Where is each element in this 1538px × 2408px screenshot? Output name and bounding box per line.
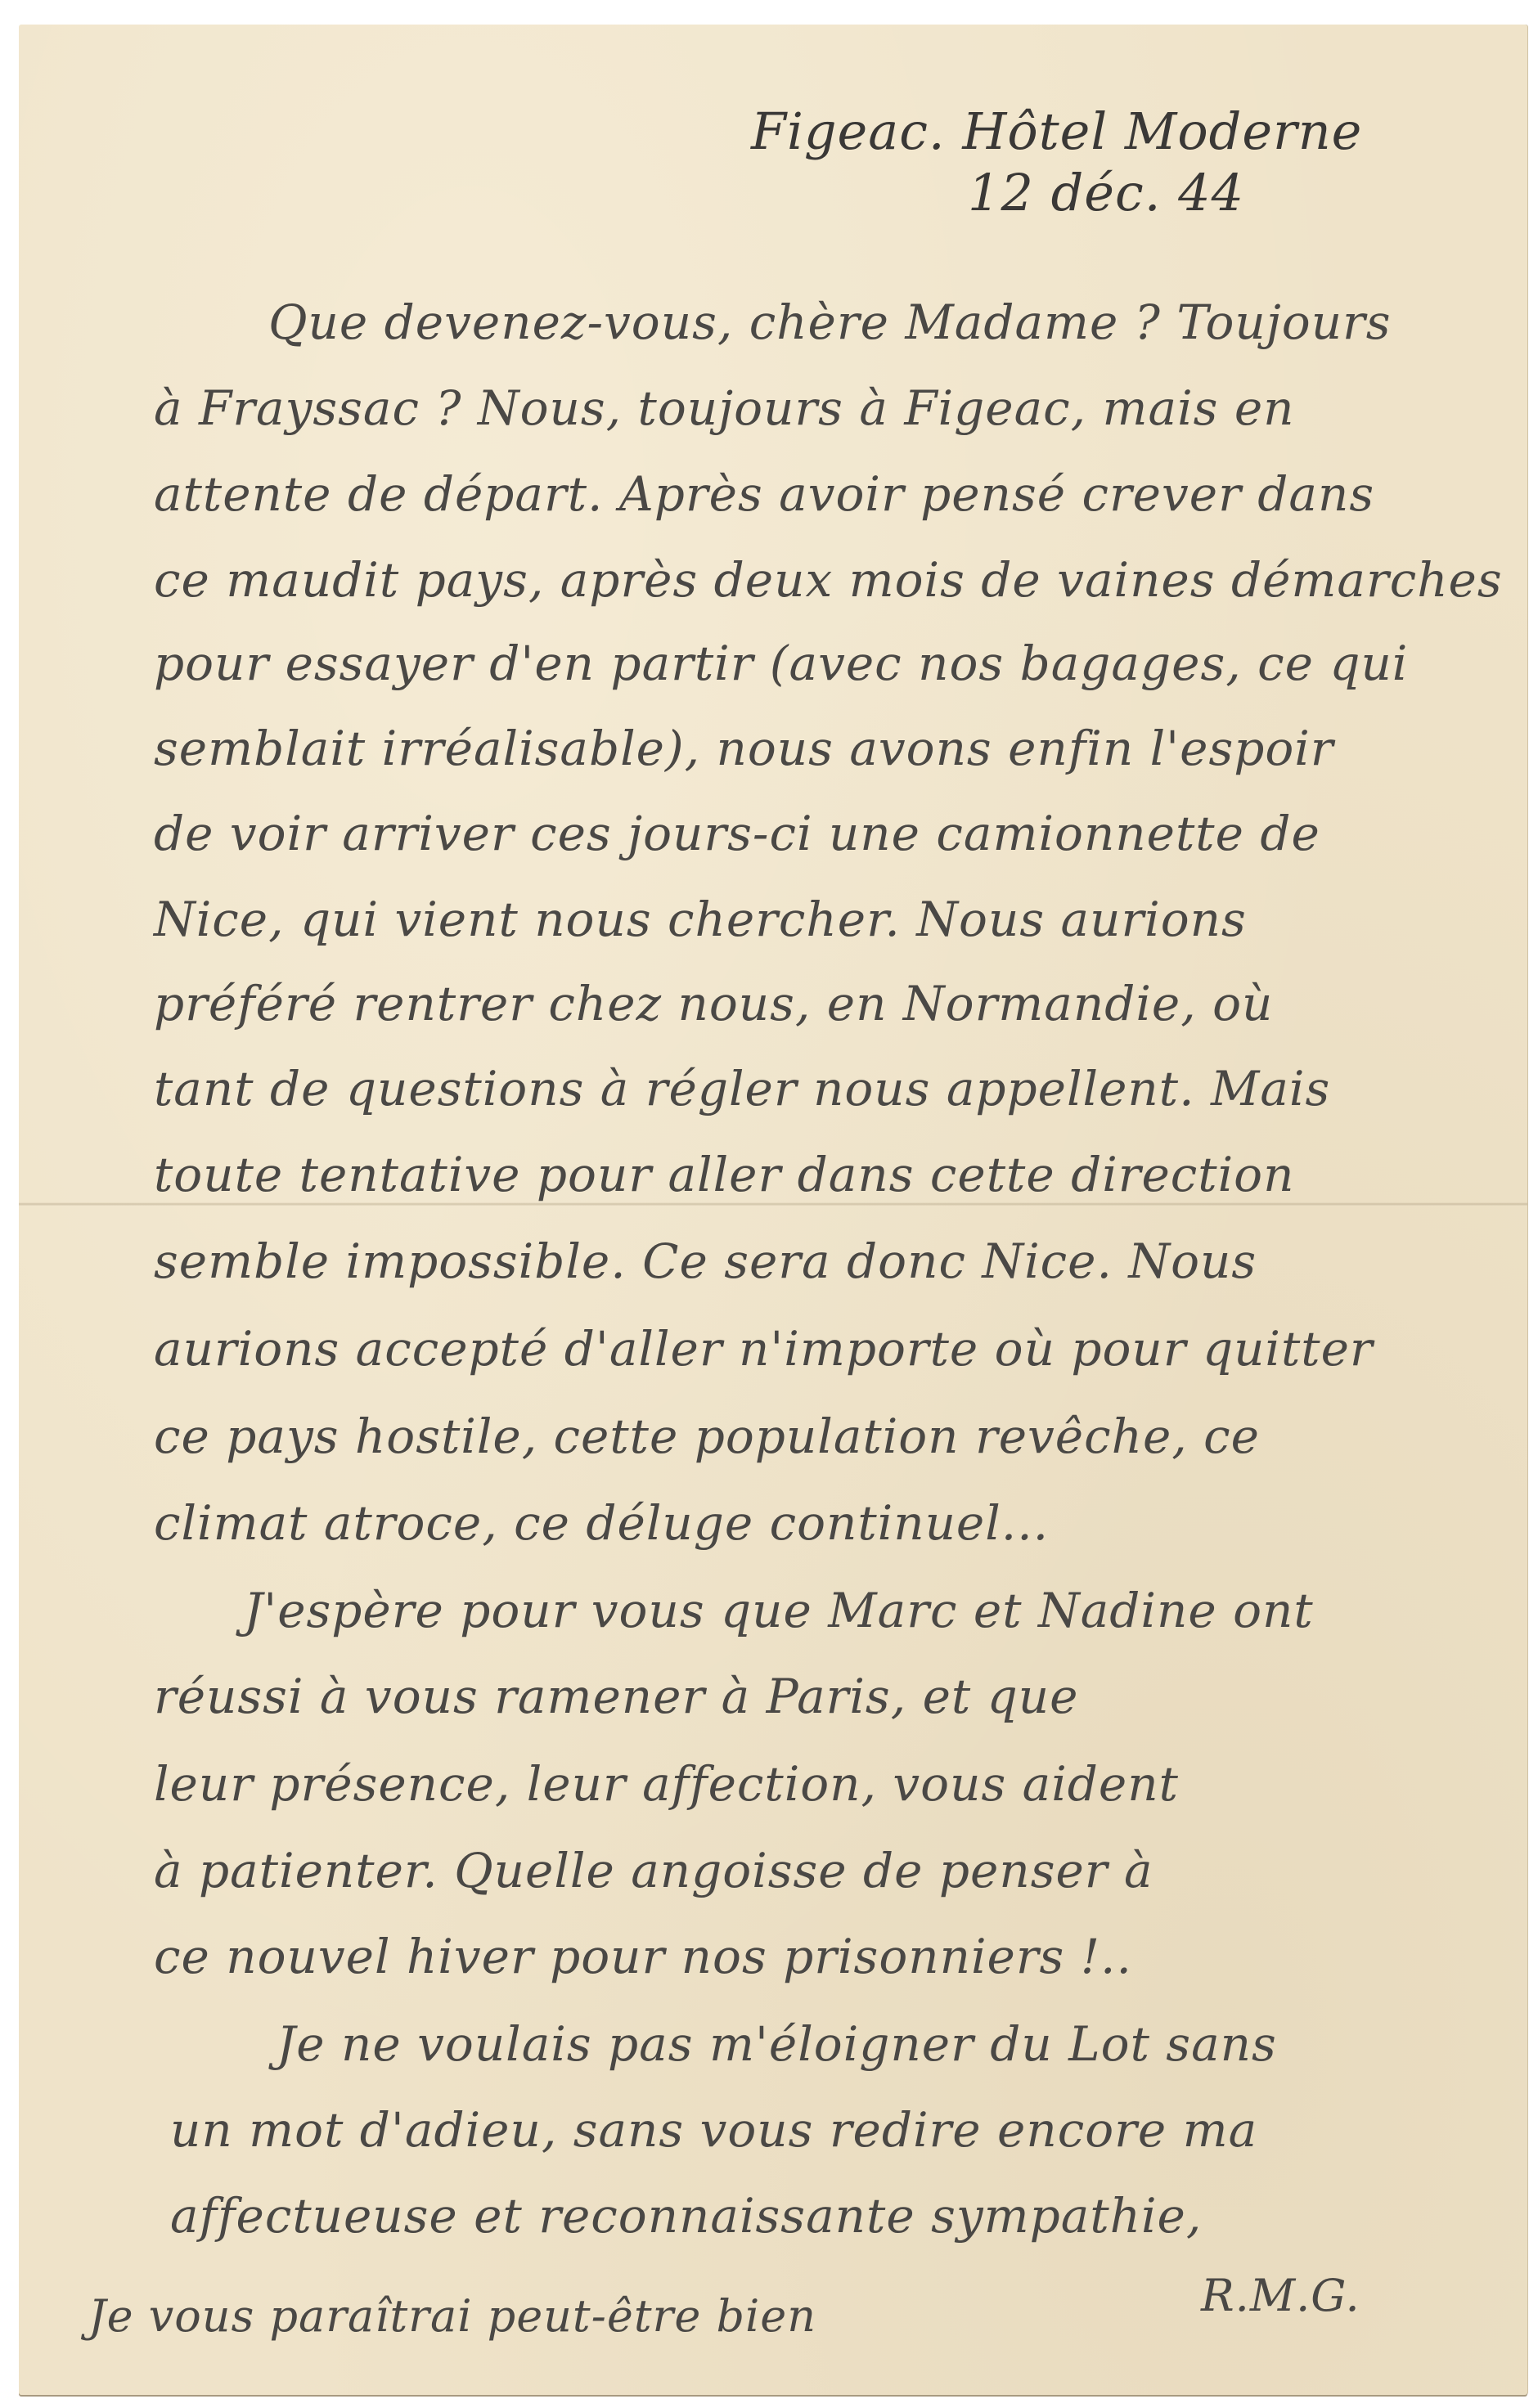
- body-line: climat atroce, ce déluge continuel...: [154, 1499, 1049, 1547]
- body-line: aurions accepté d'aller n'importe où pou…: [154, 1325, 1374, 1372]
- body-line: à Frayssac ? Nous, toujours à Figeac, ma…: [154, 384, 1295, 432]
- body-line: ce pays hostile, cette population revêch…: [154, 1413, 1260, 1460]
- body-line: pour essayer d'en partir (avec nos bagag…: [154, 640, 1408, 687]
- body-line: ce nouvel hiver pour nos prisonniers !..: [154, 1933, 1132, 1980]
- body-line: un mot d'adieu, sans vous redire encore …: [170, 2106, 1257, 2154]
- body-line: Nice, qui vient nous chercher. Nous auri…: [154, 896, 1247, 943]
- letter-date: 12 déc. 44: [968, 168, 1244, 218]
- letter-page: Figeac. Hôtel Moderne 12 déc. 44 Que dev…: [19, 25, 1527, 2395]
- body-line: préféré rentrer chez nous, en Normandie,…: [154, 980, 1273, 1027]
- body-line: affectueuse et reconnaissante sympathie,: [170, 2192, 1202, 2240]
- body-line: ce maudit pays, après deux mois de vaine…: [154, 556, 1503, 604]
- paper-fold-crease: [19, 1202, 1527, 1206]
- signature: R.M.G.: [1201, 2274, 1360, 2318]
- letter-place: Figeac. Hôtel Moderne: [751, 106, 1362, 157]
- body-line: leur présence, leur affection, vous aide…: [154, 1760, 1179, 1808]
- body-line: toute tentative pour aller dans cette di…: [154, 1151, 1294, 1198]
- body-line: semble impossible. Ce sera donc Nice. No…: [154, 1238, 1257, 1285]
- body-line: Je ne voulais pas m'éloigner du Lot sans: [277, 2020, 1277, 2068]
- body-line: de voir arriver ces jours-ci une camionn…: [154, 810, 1320, 857]
- body-line: J'espère pour vous que Marc et Nadine on…: [244, 1587, 1314, 1634]
- body-line: tant de questions à régler nous appellen…: [154, 1065, 1330, 1112]
- body-line: attente de départ. Après avoir pensé cre…: [154, 470, 1374, 518]
- body-line: Que devenez-vous, chère Madame ? Toujour…: [268, 299, 1392, 346]
- body-line: semblait irréalisable), nous avons enfin…: [154, 725, 1334, 772]
- body-line: réussi à vous ramener à Paris, et que: [154, 1673, 1078, 1720]
- postscript-line: Je vous paraîtrai peut-être bien: [88, 2294, 816, 2338]
- body-line: à patienter. Quelle angoisse de penser à: [154, 1847, 1153, 1894]
